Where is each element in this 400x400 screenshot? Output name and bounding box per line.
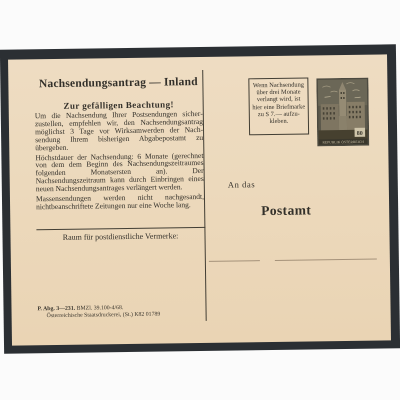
imprint-line-2: Österreichische Staatsdruckerei, (St.) K… — [38, 311, 161, 319]
vermerke-label: Raum für postdienstliche Vermerke: — [36, 231, 204, 242]
address-salutation: An das — [228, 179, 256, 189]
stamp-note-text: Wenn Nachsen­dung über drei Monate verla… — [252, 82, 305, 125]
imprint-decree-number: BMZl. 39.100-4/68. — [77, 305, 124, 312]
address-writing-line-left — [209, 260, 260, 262]
postal-card-photo: Nachsendungsantrag — Inland Zur gefällig… — [0, 44, 400, 353]
postage-stamp-image: 80 REPUBLIK ÖSTERREICH — [316, 78, 369, 147]
stamp-country-label: REPUBLIK ÖSTERREICH — [322, 139, 364, 145]
vermerke-top-rule — [36, 227, 205, 230]
postal-card: Nachsendungsantrag — Inland Zur gefällig… — [8, 54, 391, 345]
address-postamt-label: Postamt — [261, 202, 311, 219]
card-title: Nachsendungsantrag — Inland — [34, 76, 202, 91]
instructions-paragraph-3: Massensendungen werden nicht nachgesandt… — [36, 193, 204, 211]
printer-imprint: P. Abg. 3—231. BMZl. 39.100-4/68. Österr… — [37, 305, 160, 320]
instructions-text: Um die Nachsendung Ihrer Postsendungen s… — [35, 110, 204, 213]
stamp-note-box: Wenn Nachsen­dung über drei Monate verla… — [248, 77, 309, 135]
stamp-value-label: 80 — [357, 131, 363, 137]
instructions-paragraph-1: Um die Nachsendung Ihrer Postsendungen s… — [35, 110, 204, 152]
instructions-paragraph-2: Höchstdauer der Nachsendung: 6 Monate (g… — [35, 151, 204, 193]
imprint-form-number: P. Abg. 3—231. — [37, 306, 75, 313]
address-writing-line-right — [275, 259, 377, 261]
